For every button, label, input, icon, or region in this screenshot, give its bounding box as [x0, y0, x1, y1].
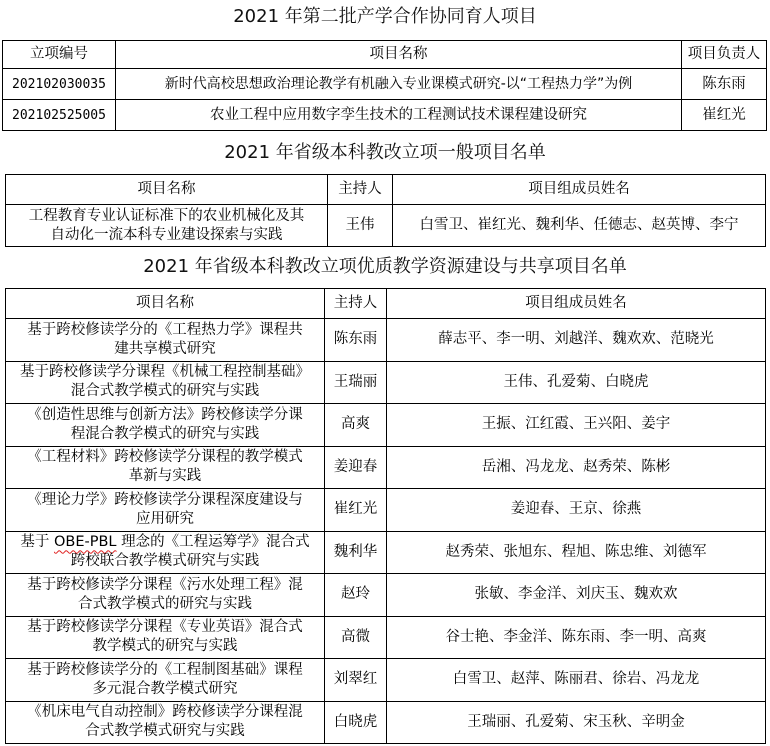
- cooperation-projects-table: 立项编号 项目名称 项目负责人 202102030035 新时代高校思想政治理论…: [2, 40, 767, 131]
- table-row: 工程教育专业认证标准下的农业机械化及其 自动化一流本科专业建设探索与实践 王伟 …: [6, 205, 766, 247]
- table-row: 《工程材料》跨校修读学分课程的教学模式 革新与实践 姜迎春 岳湘、冯龙龙、赵秀荣…: [6, 446, 766, 489]
- header-members: 项目组成员姓名: [387, 289, 766, 319]
- project-name-line1: 基于跨校修读学分的《工程制图基础》课程: [8, 661, 322, 680]
- project-name-line1: 工程教育专业认证标准下的农业机械化及其: [8, 207, 325, 226]
- header-project-name: 项目名称: [6, 175, 328, 205]
- project-members: 白雪卫、崔红光、魏利华、任德志、赵英博、李宁: [393, 205, 766, 247]
- project-host: 陈东雨: [325, 319, 387, 362]
- table-row: 基于跨校修读学分的《工程热力学》课程共 建共享模式研究 陈东雨 薛志平、李一明、…: [6, 319, 766, 362]
- name-prefix: 基于: [20, 534, 54, 550]
- project-name: 《机床电气自动控制》跨校修读学分课程混 合式教学模式研究与实践: [6, 701, 325, 744]
- project-members: 王伟、孔爱菊、白晓虎: [387, 361, 766, 404]
- project-name-line2: 革新与实践: [8, 467, 322, 486]
- project-members: 姜迎春、王京、徐燕: [387, 489, 766, 532]
- spellcheck-flagged-text[interactable]: OBE-PBL: [54, 534, 117, 550]
- table-row: 202102525005 农业工程中应用数字孪生技术的工程测试技术课程建设研究 …: [3, 100, 767, 131]
- project-name-line1: 《工程材料》跨校修读学分课程的教学模式: [8, 448, 322, 467]
- header-members: 项目组成员姓名: [393, 175, 766, 205]
- table-row: 《机床电气自动控制》跨校修读学分课程混 合式教学模式研究与实践 白晓虎 王瑞丽、…: [6, 701, 766, 744]
- project-host: 魏利华: [325, 531, 387, 574]
- project-name: 基于跨校修读学分课程《专业英语》混合式 教学模式的研究与实践: [6, 616, 325, 659]
- project-host: 王伟: [328, 205, 393, 247]
- project-name-line2: 合式教学模式研究与实践: [8, 722, 322, 741]
- project-name-line1: 《机床电气自动控制》跨校修读学分课程混: [8, 703, 322, 722]
- project-name: 基于 OBE-PBL 理念的《工程运筹学》混合式 跨校联合教学模式研究与实践: [6, 531, 325, 574]
- table-row: 基于 OBE-PBL 理念的《工程运筹学》混合式 跨校联合教学模式研究与实践 魏…: [6, 531, 766, 574]
- header-project-name: 项目名称: [6, 289, 325, 319]
- project-name: 基于跨校修读学分课程《污水处理工程》混 合式教学模式的研究与实践: [6, 574, 325, 617]
- project-members: 岳湘、冯龙龙、赵秀荣、陈彬: [387, 446, 766, 489]
- project-name: 基于跨校修读学分课程《机械工程控制基础》 混合式教学模式的研究与实践: [6, 361, 325, 404]
- project-name-line1: 《创造性思维与创新方法》跨校修读学分课: [8, 406, 322, 425]
- project-name-line1: 基于 OBE-PBL 理念的《工程运筹学》混合式: [8, 533, 322, 552]
- project-name-line2: 自动化一流本科专业建设探索与实践: [8, 226, 325, 245]
- project-members: 谷士艳、李金洋、陈东雨、李一明、高爽: [387, 616, 766, 659]
- project-name-line2: 程混合教学模式的研究与实践: [8, 425, 322, 444]
- header-project-id: 立项编号: [3, 41, 116, 69]
- table-row: 基于跨校修读学分课程《专业英语》混合式 教学模式的研究与实践 高微 谷士艳、李金…: [6, 616, 766, 659]
- project-members: 张敏、李金洋、刘庆玉、魏欢欢: [387, 574, 766, 617]
- name-suffix: 理念的《工程运筹学》混合式: [117, 534, 310, 550]
- project-name: 农业工程中应用数字孪生技术的工程测试技术课程建设研究: [116, 100, 682, 131]
- section3-title: 2021 年省级本科教改立项优质教学资源建设与共享项目名单: [0, 256, 770, 278]
- project-name: 《创造性思维与创新方法》跨校修读学分课 程混合教学模式的研究与实践: [6, 404, 325, 447]
- project-name: 《理论力学》跨校修读学分课程深度建设与 应用研究: [6, 489, 325, 532]
- project-name-line1: 基于跨校修读学分的《工程热力学》课程共: [8, 321, 322, 340]
- project-host: 王瑞丽: [325, 361, 387, 404]
- project-name-line1: 基于跨校修读学分课程《专业英语》混合式: [8, 618, 322, 637]
- project-host: 赵玲: [325, 574, 387, 617]
- project-id: 202102030035: [3, 69, 116, 100]
- project-name-line1: 基于跨校修读学分课程《机械工程控制基础》: [8, 363, 322, 382]
- project-name-line2: 跨校联合教学模式研究与实践: [8, 552, 322, 571]
- quality-resources-projects-table: 项目名称 主持人 项目组成员姓名 基于跨校修读学分的《工程热力学》课程共 建共享…: [5, 288, 766, 744]
- project-host: 姜迎春: [325, 446, 387, 489]
- table-row: 基于跨校修读学分的《工程制图基础》课程 多元混合教学模式研究 刘翠红 白雪卫、赵…: [6, 659, 766, 702]
- general-projects-table: 项目名称 主持人 项目组成员姓名 工程教育专业认证标准下的农业机械化及其 自动化…: [5, 174, 766, 247]
- project-name: 工程教育专业认证标准下的农业机械化及其 自动化一流本科专业建设探索与实践: [6, 205, 328, 247]
- header-host: 主持人: [328, 175, 393, 205]
- project-members: 王振、江红霞、王兴阳、姜宇: [387, 404, 766, 447]
- section1-title: 2021 年第二批产学合作协同育人项目: [0, 6, 770, 28]
- project-name-line1: 基于跨校修读学分课程《污水处理工程》混: [8, 576, 322, 595]
- project-name: 基于跨校修读学分的《工程制图基础》课程 多元混合教学模式研究: [6, 659, 325, 702]
- project-leader: 崔红光: [682, 100, 767, 131]
- table-row: 《理论力学》跨校修读学分课程深度建设与 应用研究 崔红光 姜迎春、王京、徐燕: [6, 489, 766, 532]
- project-name-line2: 建共享模式研究: [8, 340, 322, 359]
- project-name-line1: 《理论力学》跨校修读学分课程深度建设与: [8, 491, 322, 510]
- project-name: 新时代高校思想政治理论教学有机融入专业课模式研究-以“工程热力学”为例: [116, 69, 682, 100]
- header-project-leader: 项目负责人: [682, 41, 767, 69]
- table-header-row: 项目名称 主持人 项目组成员姓名: [6, 289, 766, 319]
- project-name: 《工程材料》跨校修读学分课程的教学模式 革新与实践: [6, 446, 325, 489]
- table-header-row: 立项编号 项目名称 项目负责人: [3, 41, 767, 69]
- project-members: 赵秀荣、张旭东、程旭、陈忠维、刘德军: [387, 531, 766, 574]
- project-name-line2: 教学模式的研究与实践: [8, 637, 322, 656]
- project-name-line2: 多元混合教学模式研究: [8, 680, 322, 699]
- table-header-row: 项目名称 主持人 项目组成员姓名: [6, 175, 766, 205]
- project-members: 王瑞丽、孔爱菊、宋玉秋、辛明金: [387, 701, 766, 744]
- project-name-line2: 应用研究: [8, 510, 322, 529]
- table-row: 《创造性思维与创新方法》跨校修读学分课 程混合教学模式的研究与实践 高爽 王振、…: [6, 404, 766, 447]
- project-leader: 陈东雨: [682, 69, 767, 100]
- project-name-line2: 混合式教学模式的研究与实践: [8, 382, 322, 401]
- table-row: 202102030035 新时代高校思想政治理论教学有机融入专业课模式研究-以“…: [3, 69, 767, 100]
- project-name-line2: 合式教学模式的研究与实践: [8, 595, 322, 614]
- table-row: 基于跨校修读学分课程《污水处理工程》混 合式教学模式的研究与实践 赵玲 张敏、李…: [6, 574, 766, 617]
- project-host: 崔红光: [325, 489, 387, 532]
- project-host: 刘翠红: [325, 659, 387, 702]
- project-id: 202102525005: [3, 100, 116, 131]
- project-members: 薛志平、李一明、刘越洋、魏欢欢、范晓光: [387, 319, 766, 362]
- header-host: 主持人: [325, 289, 387, 319]
- project-host: 白晓虎: [325, 701, 387, 744]
- project-members: 白雪卫、赵萍、陈丽君、徐岩、冯龙龙: [387, 659, 766, 702]
- project-name: 基于跨校修读学分的《工程热力学》课程共 建共享模式研究: [6, 319, 325, 362]
- section2-title: 2021 年省级本科教改立项一般项目名单: [0, 142, 770, 164]
- project-host: 高爽: [325, 404, 387, 447]
- header-project-name: 项目名称: [116, 41, 682, 69]
- project-host: 高微: [325, 616, 387, 659]
- table-row: 基于跨校修读学分课程《机械工程控制基础》 混合式教学模式的研究与实践 王瑞丽 王…: [6, 361, 766, 404]
